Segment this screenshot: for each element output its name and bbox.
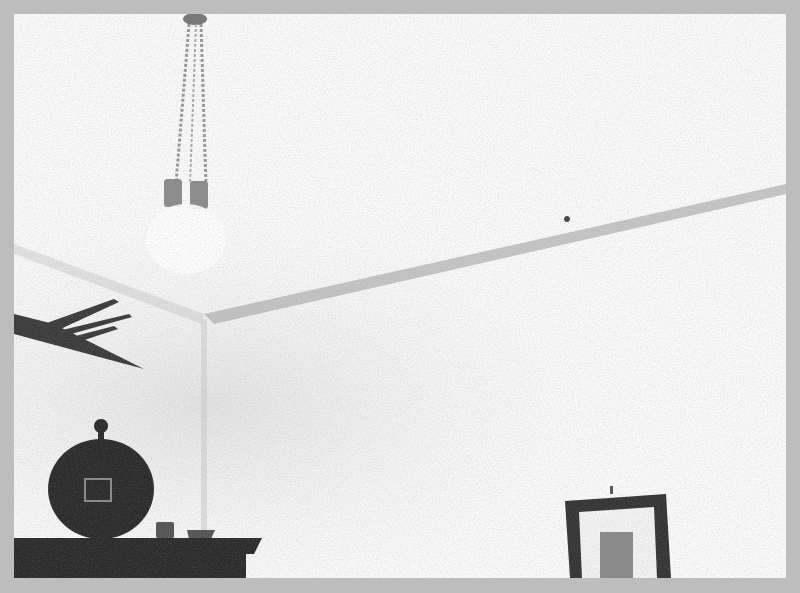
- film-grain: [14, 14, 786, 578]
- image-border: [0, 0, 800, 593]
- photo: [14, 14, 786, 578]
